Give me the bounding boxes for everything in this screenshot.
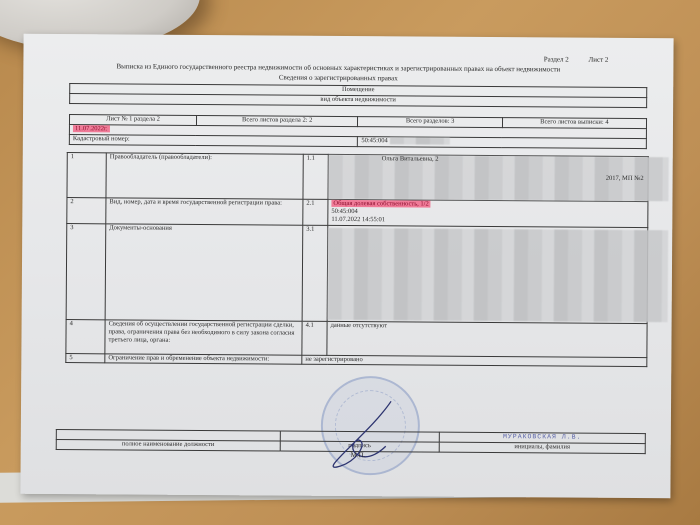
row-4-sub: 4.1 (302, 321, 327, 355)
position-label: полное наименование должности (56, 439, 280, 451)
row-1-sub: 1.1 (303, 154, 328, 199)
row-2-value: Общая долевая собственность, 1/2 50:45:0… (328, 199, 648, 227)
row-1-label: Правообладатель (правообладатели): (106, 153, 303, 199)
signer-name: МУРАКОВСКАЯ Л.В. (503, 433, 581, 441)
row-1-num: 1 (67, 153, 106, 198)
row-5-num: 5 (66, 354, 105, 363)
extract-date: 11.07.2022г. (73, 125, 110, 132)
redacted-block (328, 228, 669, 322)
row-1-value: Ольга Витальевна, 2 2017, МП №2 (328, 154, 648, 201)
registration-datetime: 11.07.2022 14:55:01 (331, 216, 385, 223)
redacted-block (390, 137, 450, 144)
row-2-num: 2 (67, 198, 106, 224)
row-4-value: данные отсутствуют (327, 321, 647, 357)
document-subtitle: Сведения о зарегистрированных правах (23, 72, 653, 84)
row-3-sub: 3.1 (302, 225, 328, 321)
sheet-number: Лист 2 (588, 56, 608, 64)
registration-number: 50:45:004 (331, 208, 357, 215)
cadastral-label: Кадастровый номер: (69, 135, 358, 147)
object-type-table: Помещение вид объекта недвижимости (69, 83, 647, 108)
row-4-num: 4 (66, 320, 105, 354)
sheet-info-table: Лист № 1 раздела 2 Всего листов раздела … (69, 114, 647, 149)
signature-icon (321, 396, 412, 477)
document-page: Раздел 2 Лист 2 Выписка из Единого госуд… (20, 34, 673, 499)
name-label: инициалы, фамилия (439, 442, 645, 453)
row-5-value: не зарегистрировано (302, 355, 647, 366)
cadastral-value: 50:45:004 (361, 137, 387, 144)
rights-table: 1 Правообладатель (правообладатели): 1.1… (65, 152, 648, 367)
row-3-label: Документы-основания (105, 224, 303, 321)
stamp-label: М.П. (351, 451, 366, 459)
right-type: Общая долевая собственность, 1/2 (331, 200, 430, 208)
row-3-num: 3 (66, 224, 106, 320)
row-5-label: Ограничение прав и обременение объекта н… (105, 354, 302, 364)
section-number: Раздел 2 (544, 55, 569, 63)
page-header: Раздел 2 Лист 2 (526, 55, 609, 64)
owner-name: Ольга Витальевна, 2 (382, 155, 439, 162)
owner-extra: 2017, МП №2 (606, 175, 644, 183)
row-4-label: Сведения об осуществлении государственно… (105, 320, 302, 355)
row-3-value (327, 225, 648, 323)
row-2-sub: 2.1 (303, 199, 328, 225)
row-2-label: Вид, номер, дата и время государственной… (106, 198, 303, 225)
